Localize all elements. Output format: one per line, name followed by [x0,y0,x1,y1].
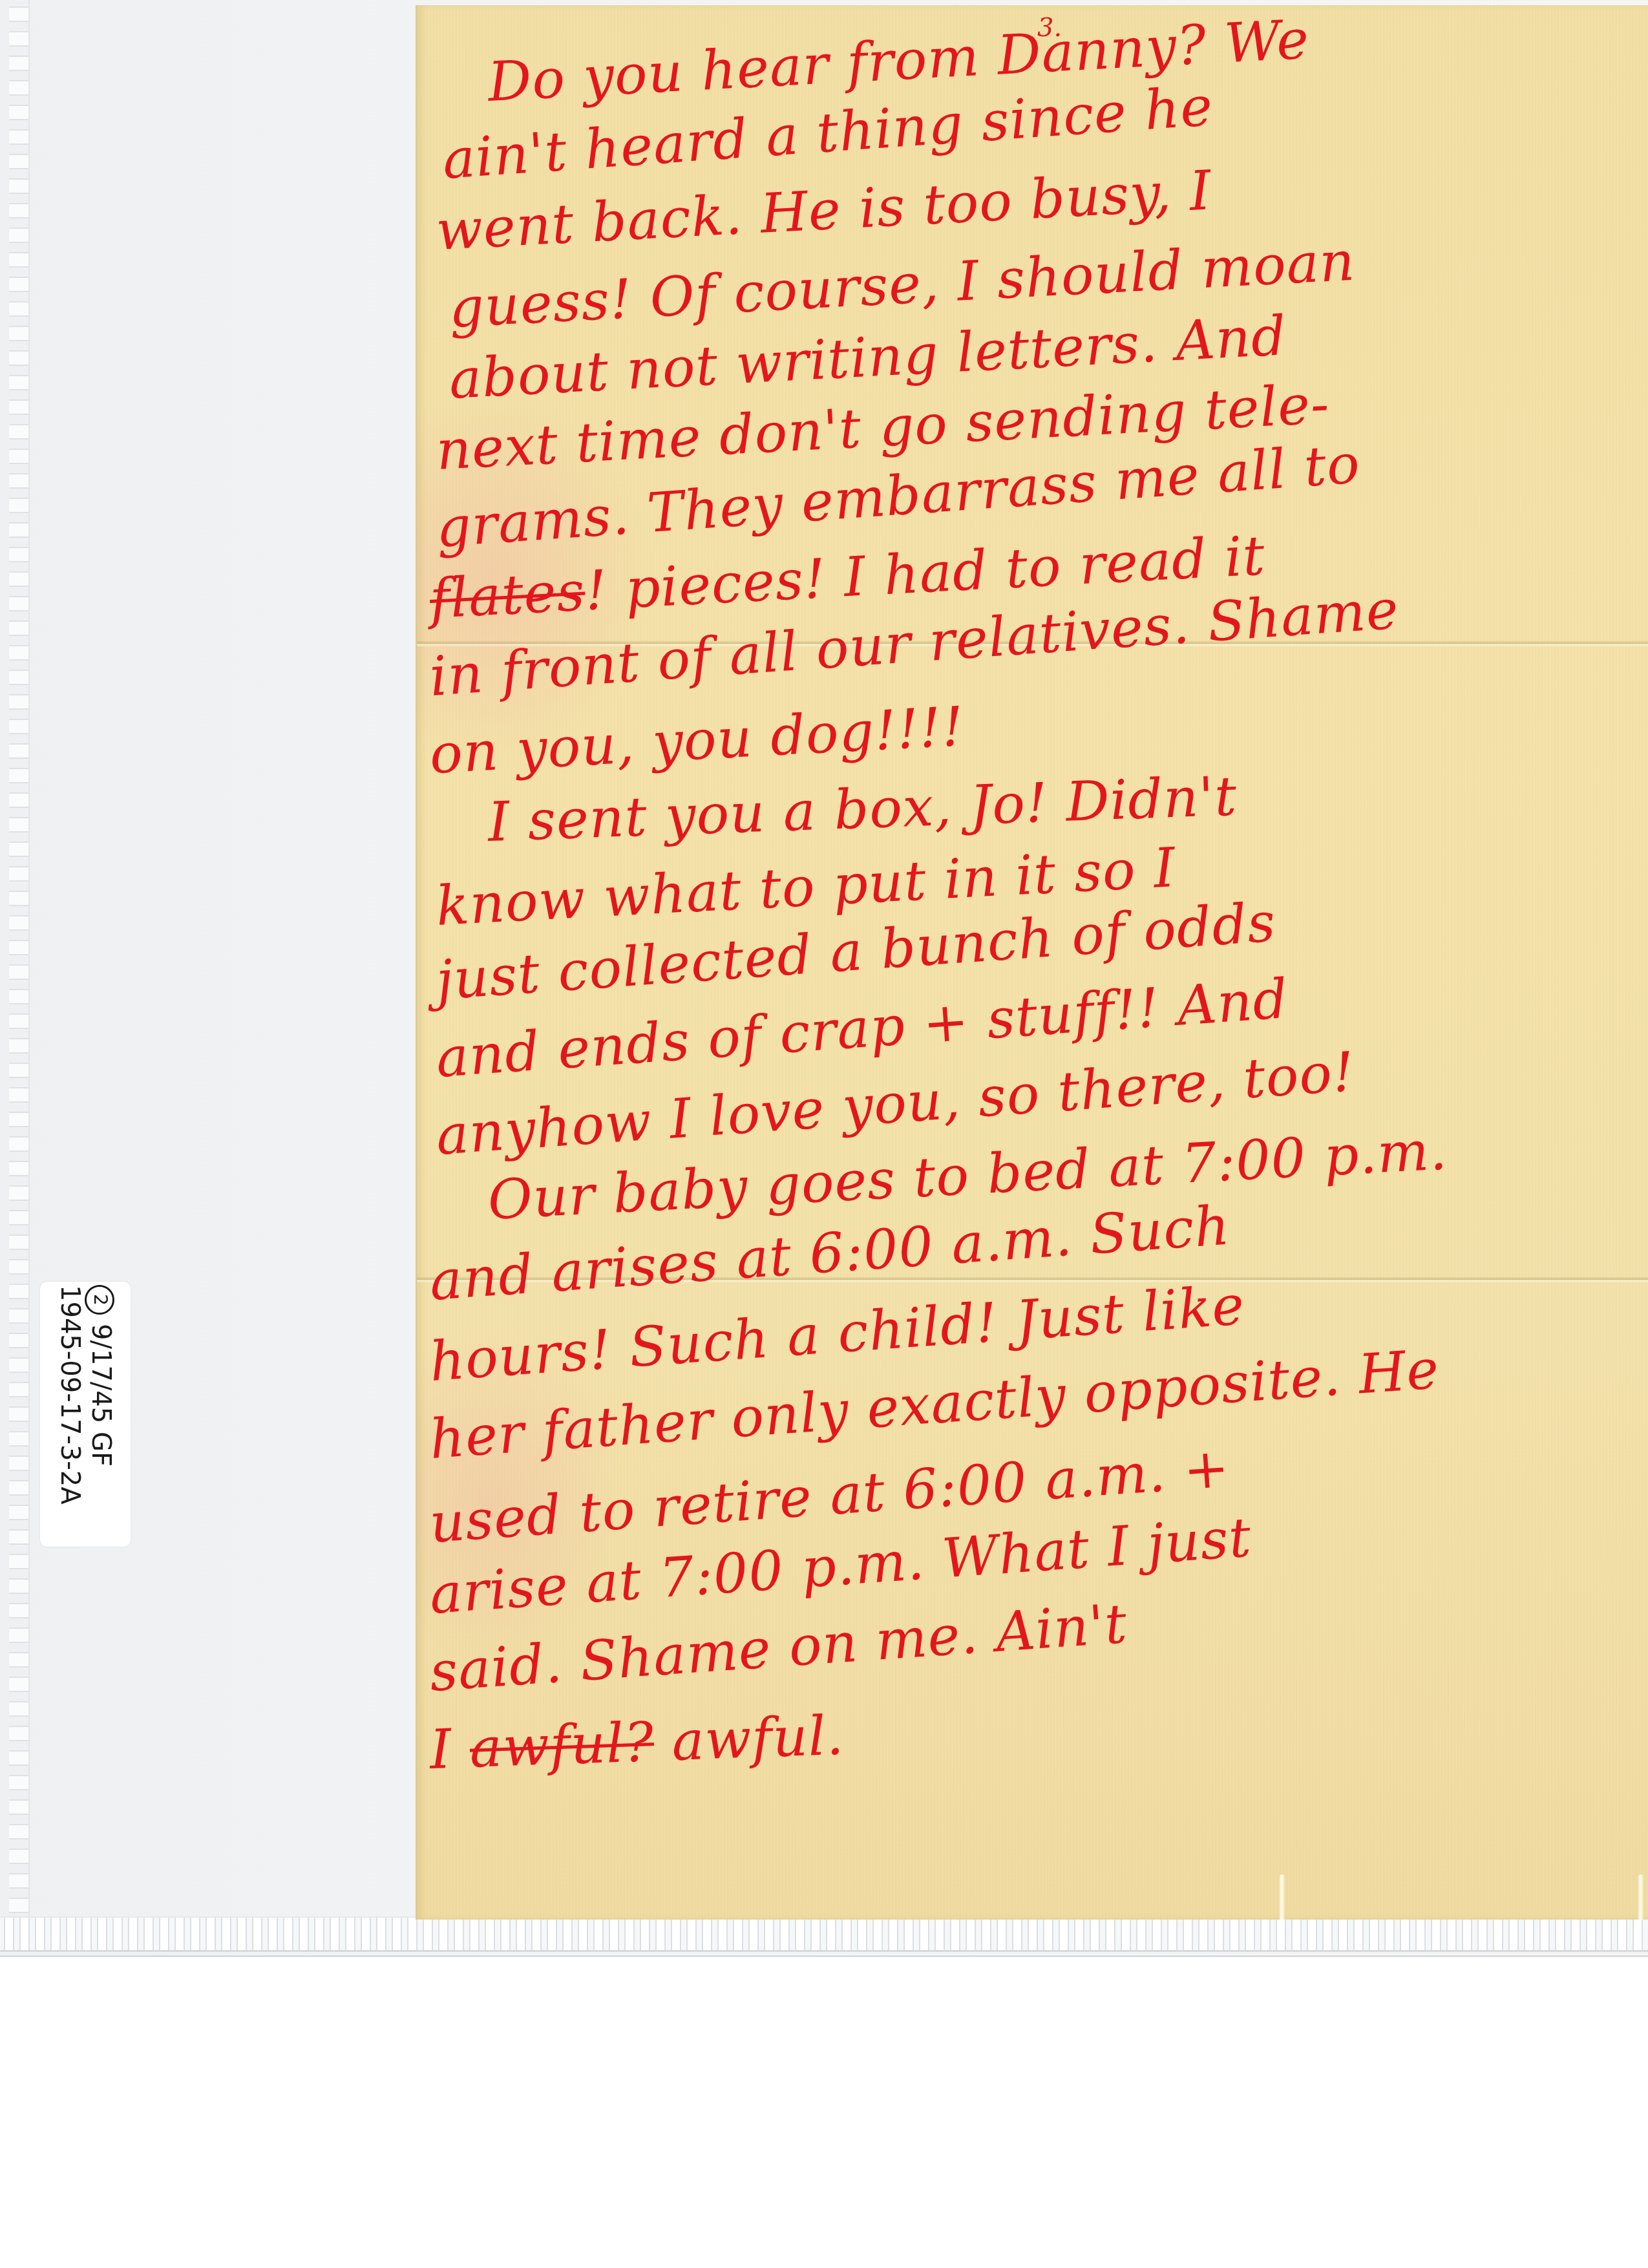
line-text: I [428,1717,453,1781]
line-text: awful. [671,1704,845,1773]
sleeve-perforated-bottom-edge [0,1916,1648,1952]
archival-sleeve: 29/17/45 GF 1945-09-17-3-2A 3. Do you he… [0,0,1648,1957]
archival-label: 29/17/45 GF 1945-09-17-3-2A [40,1282,131,1547]
struck-word: flates [428,559,586,630]
item-number-badge: 2 [85,1285,114,1315]
label-accession-id: 1945-09-17-3-2A [55,1285,85,1543]
paper-tear [1638,1874,1643,1920]
letter-line: I awful? awful. [428,1704,845,1781]
letter-page: 3. Do you hear from Danny? We ain't hear… [416,5,1648,1920]
label-line-1: 29/17/45 GF [85,1285,116,1543]
sleeve-perforated-left-edge [9,0,30,1939]
struck-word: awful? [469,1710,655,1780]
letter-line: on you, you dog!!!! [428,695,966,786]
label-date-code: 9/17/45 GF [86,1324,116,1467]
paper-tear [1280,1874,1285,1920]
